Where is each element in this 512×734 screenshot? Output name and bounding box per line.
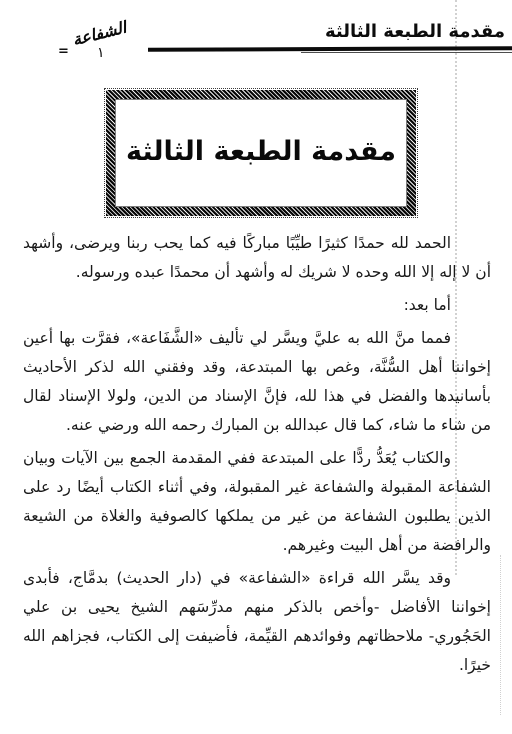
stamp-dashes: =	[58, 44, 69, 59]
body-text: الحمد لله حمدًا كثيرًا طيِّبًا مباركًا ف…	[23, 229, 491, 684]
paragraph-amma-baad: أما بعد:	[23, 291, 491, 320]
page-number: ١	[97, 45, 105, 61]
running-head-title: مقدمة الطبعة الثالثة	[325, 21, 505, 42]
paragraph-qiraa: وقد يسَّر الله قراءة «الشفاعة» في (دار ا…	[23, 564, 491, 680]
header-rule	[148, 47, 512, 53]
header-rule-thin	[301, 52, 512, 53]
chapter-title: مقدمة الطبعة الثالثة	[126, 136, 396, 171]
paragraph-hamd: الحمد لله حمدًا كثيرًا طيِّبًا مباركًا ف…	[23, 229, 491, 287]
scanned-book-page: مقدمة الطبعة الثالثة الشفاعة = ١ مقدمة ا…	[0, 0, 512, 734]
header-rule-thick	[148, 46, 512, 52]
paragraph-tawfiq: فمما منَّ الله به عليَّ ويسَّر لي تأليف …	[23, 324, 491, 440]
title-frame-inner: مقدمة الطبعة الثالثة	[115, 99, 407, 207]
ornamental-title-frame: مقدمة الطبعة الثالثة	[106, 90, 416, 216]
paragraph-radd: والكتاب يُعَدُّ ردًّا على المبتدعة ففي ا…	[23, 444, 491, 560]
scan-artifact-line	[500, 555, 501, 715]
